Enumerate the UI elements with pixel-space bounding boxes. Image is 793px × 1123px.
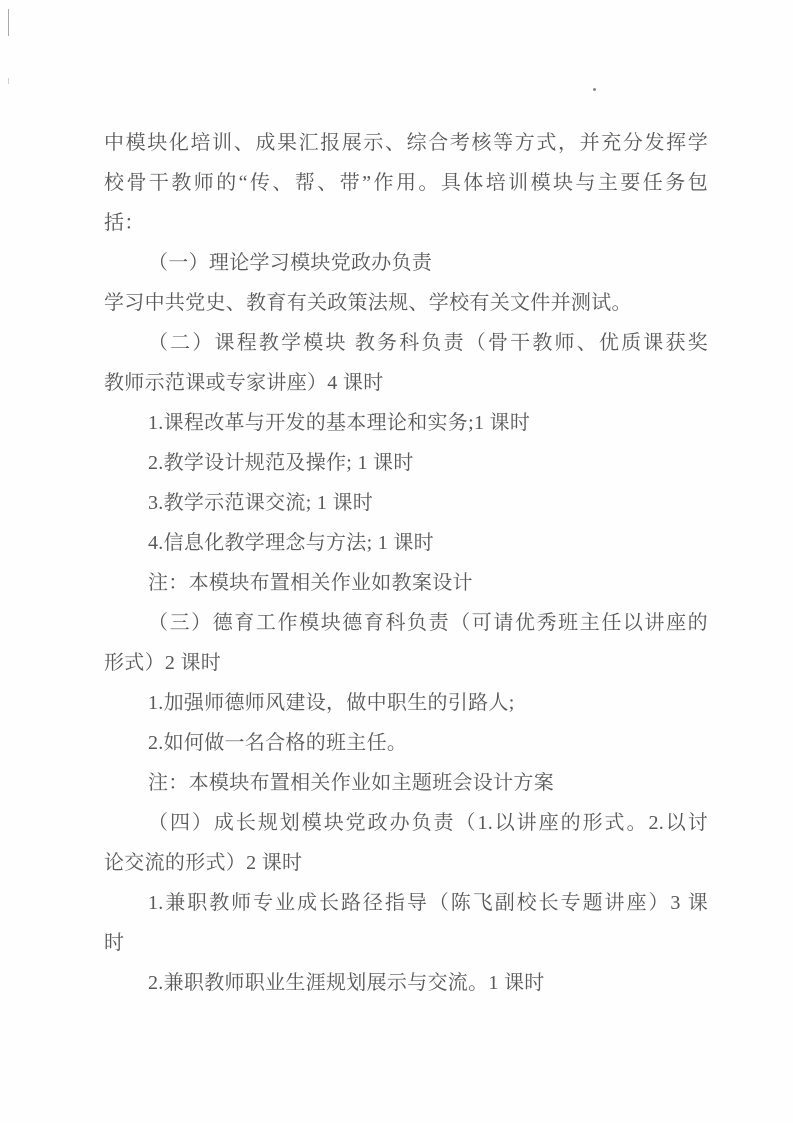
text-line: 形式）2 课时	[104, 643, 708, 683]
text-line: 论交流的形式）2 课时	[104, 843, 708, 883]
text-line: 2.教学设计规范及操作; 1 课时	[104, 443, 708, 483]
text-line: 中模块化培训、成果汇报展示、综合考核等方式，并充分发挥学	[104, 123, 708, 163]
text-line: 注：本模块布置相关作业如主题班会设计方案	[104, 763, 708, 803]
text-line: 学习中共党史、教育有关政策法规、学校有关文件并测试。	[104, 283, 708, 323]
scan-artifact-vertical-line	[8, 9, 9, 36]
text-line: 注：本模块布置相关作业如教案设计	[104, 563, 708, 603]
text-line: 1.兼职教师专业成长路径指导（陈飞副校长专题讲座）3 课	[104, 883, 708, 923]
text-line: 2.如何做一名合格的班主任。	[104, 723, 708, 763]
scan-artifact-dot	[593, 88, 596, 91]
text-line: 2.兼职教师职业生涯规划展示与交流。1 课时	[104, 963, 708, 1003]
text-line: 1.课程改革与开发的基本理论和实务;1 课时	[104, 403, 708, 443]
text-line: 3.教学示范课交流; 1 课时	[104, 483, 708, 523]
text-line: 括：	[104, 203, 708, 243]
text-line: （二）课程教学模块 教务科负责（骨干教师、优质课获奖	[104, 323, 708, 363]
text-line: 4.信息化教学理念与方法; 1 课时	[104, 523, 708, 563]
text-line: 时	[104, 923, 708, 963]
text-line: （三）德育工作模块德育科负责（可请优秀班主任以讲座的	[104, 603, 708, 643]
text-line: 校骨干教师的“传、帮、带”作用。具体培训模块与主要任务包	[104, 163, 708, 203]
document-text-block: 中模块化培训、成果汇报展示、综合考核等方式，并充分发挥学校骨干教师的“传、帮、带…	[104, 123, 708, 1003]
text-line: 1.加强师德师风建设，做中职生的引路人;	[104, 683, 708, 723]
scan-artifact-speck	[8, 78, 9, 84]
text-line: （四）成长规划模块党政办负责（1.以讲座的形式。2.以讨	[104, 803, 708, 843]
text-line: 教师示范课或专家讲座）4 课时	[104, 363, 708, 403]
text-line: （一）理论学习模块党政办负责	[104, 243, 708, 283]
document-page: 中模块化培训、成果汇报展示、综合考核等方式，并充分发挥学校骨干教师的“传、帮、带…	[0, 0, 793, 1123]
